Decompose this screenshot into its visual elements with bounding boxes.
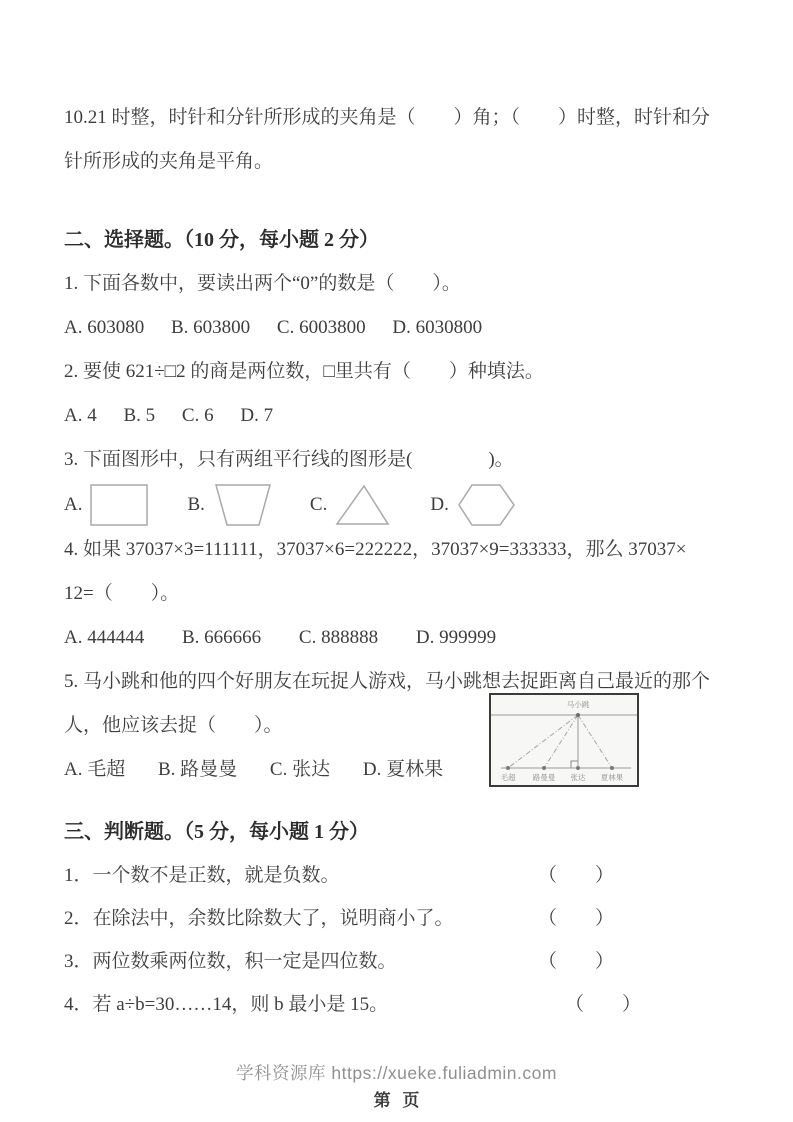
choice-q3-option-c-label: C. xyxy=(310,494,327,516)
choice-q1-option-b: B. 603800 xyxy=(171,317,250,338)
q10-text-line2: 针所形成的夹角是平角。 xyxy=(64,140,733,184)
judgment-items: 1．一个数不是正数，就是负数。 （ ） 2．在除法中，余数比除数大了，说明商小了… xyxy=(64,854,733,1026)
choice-q3-text: 3. 下面图形中，只有两组平行线的图形是( )。 xyxy=(64,438,733,482)
choice-q4-option-d: D. 999999 xyxy=(416,627,496,648)
judgment-section-title: 三、判断题。（5 分，每小题 1 分） xyxy=(64,810,733,854)
distance-diagram-svg: 马小跳 毛超 路曼曼 张达 夏林果 xyxy=(491,695,637,785)
judgment-item-4-answer-blank: （ ） xyxy=(565,983,641,1026)
fill-question-10: 10.21 时整，时针和分针所形成的夹角是（ ）角；（ ）时整，时针和分 针所形… xyxy=(64,0,733,184)
choice-section-title: 二、选择题。（10 分，每小题 2 分） xyxy=(64,218,733,262)
judgment-item-3: 3．两位数乘两位数，积一定是四位数。 （ ） xyxy=(64,940,733,983)
choice-q2-option-c: C. 6 xyxy=(182,405,214,426)
choice-q2-text: 2. 要使 621÷□2 的商是两位数，□里共有（ ）种填法。 xyxy=(64,350,733,394)
choice-q4-text-line1: 4. 如果 37037×3=111111，37037×6=222222，3703… xyxy=(64,528,733,572)
choice-q2-option-d: D. 7 xyxy=(240,405,273,426)
choice-q5: 5. 马小跳和他的四个好朋友在玩捉人游戏，马小跳想去捉距离自己最近的那个 人，他… xyxy=(64,660,733,792)
choice-q1-options: A. 603080 B. 603800 C. 6003800 D. 603080… xyxy=(64,306,733,350)
judgment-item-2: 2．在除法中，余数比除数大了，说明商小了。 （ ） xyxy=(64,897,733,940)
judgment-item-2-text: 2．在除法中，余数比除数大了，说明商小了。 xyxy=(64,908,454,929)
rectangle-shape-icon xyxy=(89,482,149,528)
choice-q1-option-c: C. 6003800 xyxy=(277,317,366,338)
figure-bottom-label-1: 毛超 xyxy=(501,772,516,782)
choice-q3-option-a-label: A. xyxy=(64,494,82,516)
judgment-item-1: 1．一个数不是正数，就是负数。 （ ） xyxy=(64,854,733,897)
figure-top-label: 马小跳 xyxy=(567,699,590,709)
hexagon-shape-icon xyxy=(456,482,516,528)
judgment-item-4: 4．若 a÷b=30……14，则 b 最小是 15。 （ ） xyxy=(64,983,733,1026)
choice-q4-options: A. 444444 B. 666666 C. 888888 D. 999999 xyxy=(64,616,733,660)
choice-q5-option-d: D. 夏林果 xyxy=(363,759,443,780)
judgment-item-1-answer-blank: （ ） xyxy=(538,854,614,897)
judgment-item-2-answer-blank: （ ） xyxy=(538,897,614,940)
choice-q1-option-a: A. 603080 xyxy=(64,317,144,338)
choice-q1-option-d: D. 6030800 xyxy=(392,317,482,338)
q10-text-line1: 10.21 时整，时针和分针所形成的夹角是（ ）角；（ ）时整，时针和分 xyxy=(64,96,733,140)
judgment-item-3-text: 3．两位数乘两位数，积一定是四位数。 xyxy=(64,951,397,972)
footer-source-link[interactable]: 学科资源库 https://xueke.fuliadmin.com xyxy=(0,1060,793,1085)
choice-q3-option-b-label: B. xyxy=(187,494,204,516)
exam-paper-page: 10.21 时整，时针和分针所形成的夹角是（ ）角；（ ）时整，时针和分 针所形… xyxy=(0,0,793,1122)
choice-q3-shape-options: A. B. C. D. xyxy=(64,482,733,528)
distance-diagram: 马小跳 毛超 路曼曼 张达 夏林果 xyxy=(489,693,639,787)
choice-q4-option-b: B. 666666 xyxy=(182,627,261,648)
footer-page-number: 第 页 xyxy=(0,1086,793,1111)
choice-q5-option-c: C. 张达 xyxy=(270,759,330,780)
choice-q5-option-b: B. 路曼曼 xyxy=(158,759,237,780)
choice-q2-options: A. 4 B. 5 C. 6 D. 7 xyxy=(64,394,733,438)
judgment-item-1-text: 1．一个数不是正数，就是负数。 xyxy=(64,865,340,886)
choice-q3-option-d-label: D. xyxy=(430,494,448,516)
judgment-item-4-text: 4．若 a÷b=30……14，则 b 最小是 15。 xyxy=(64,994,388,1015)
choice-q5-option-a: A. 毛超 xyxy=(64,759,125,780)
figure-bottom-label-2: 路曼曼 xyxy=(533,772,556,782)
choice-q1-text: 1. 下面各数中，要读出两个“0”的数是（ ）。 xyxy=(64,262,733,306)
choice-q4-text-line2: 12=（ ）。 xyxy=(64,572,733,616)
trapezoid-shape-icon xyxy=(212,482,274,528)
figure-bottom-label-4: 夏林果 xyxy=(601,772,624,782)
triangle-shape-icon xyxy=(334,483,390,527)
figure-bottom-label-3: 张达 xyxy=(571,772,586,782)
choice-q4-option-a: A. 444444 xyxy=(64,627,144,648)
choice-q2-option-b: B. 5 xyxy=(123,405,155,426)
choice-q4-option-c: C. 888888 xyxy=(299,627,378,648)
choice-q2-option-a: A. 4 xyxy=(64,405,97,426)
judgment-item-3-answer-blank: （ ） xyxy=(538,940,614,983)
